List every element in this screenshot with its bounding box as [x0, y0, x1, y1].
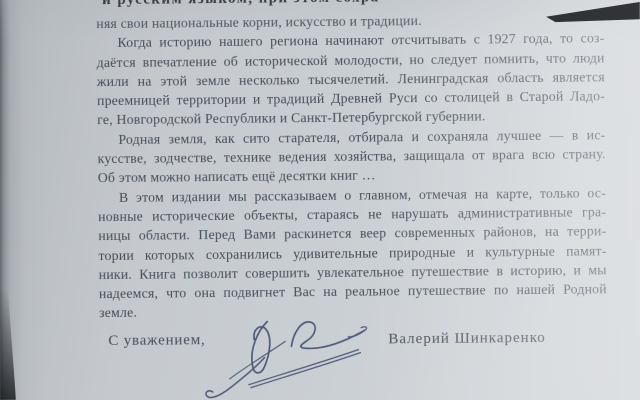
handwritten-signature [181, 302, 382, 400]
signature-name-text: Валерий Шинкаренко [388, 330, 546, 349]
signature-tail-stroke [206, 358, 265, 398]
text-block: няя свои национальные корни, искусство и… [96, 9, 607, 323]
signature-flourish-tip [348, 327, 366, 337]
page-content: и русским языком, при этом сохра- няя св… [0, 0, 640, 400]
clipped-top-text-line: и русским языком, при этом сохра- [102, 0, 386, 9]
book-page-photo: и русским языком, при этом сохра- няя св… [0, 0, 640, 400]
signature-loop-flourish [291, 321, 364, 348]
signature-letter-stroke [252, 321, 271, 372]
signature-double-diagonal [248, 350, 360, 388]
